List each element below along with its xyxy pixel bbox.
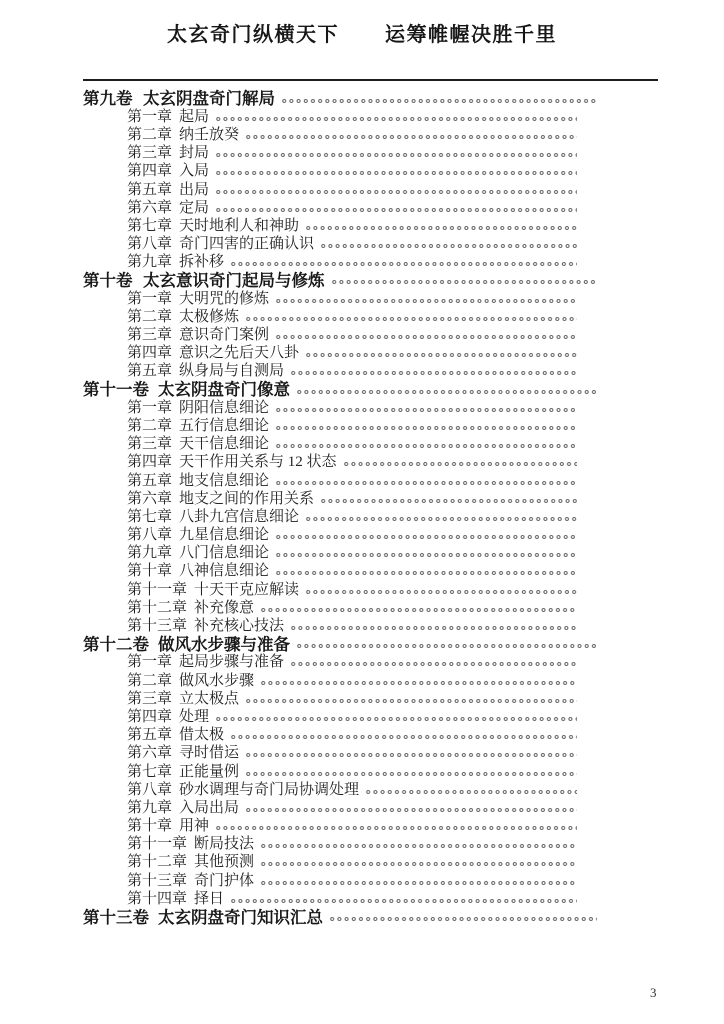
toc-dot-leader (275, 297, 577, 304)
toc-chapter-row: 第三章 立太极点 (83, 688, 600, 706)
toc-dot-leader (343, 461, 577, 468)
toc-dot-leader (320, 243, 577, 250)
toc-chapter-row: 第二章 纳壬放癸 (83, 124, 600, 142)
header-rule-divider (83, 79, 658, 81)
toc-dot-leader (331, 279, 598, 286)
toc-entry-label: 第十三卷 (83, 904, 149, 928)
toc-chapter-row: 第四章 天干作用关系与 12 状态 (83, 452, 600, 470)
toc-dot-leader (215, 170, 577, 177)
toc-chapter-row: 第四章 意识之先后天八卦 (83, 343, 600, 361)
toc-dot-leader (290, 625, 577, 632)
toc-volume-row: 第十一卷 太玄阴盘奇门像意 (83, 379, 600, 397)
toc-chapter-row: 第八章 奇门四害的正确认识 (83, 234, 600, 252)
toc-dot-leader (245, 133, 577, 140)
toc-dot-leader (215, 152, 577, 159)
toc-chapter-row: 第三章 天干信息细论 (83, 434, 600, 452)
toc-chapter-row: 第四章 处理 (83, 706, 600, 724)
toc-dot-leader (215, 825, 577, 832)
toc-chapter-row: 第一章 大明咒的修炼 (83, 288, 600, 306)
toc-dot-leader (329, 916, 597, 923)
toc-dot-leader (245, 752, 577, 759)
toc-chapter-row: 第十一章 十天干克应解读 (83, 579, 600, 597)
toc-dot-leader (260, 679, 577, 686)
header-title-left: 太玄奇门纵横天下 (167, 18, 339, 47)
toc-volume-row: 第九卷 太玄阴盘奇门解局 (83, 88, 600, 106)
document-page: 太玄奇门纵横天下 运筹帷幄决胜千里 第九卷 太玄阴盘奇门解局 第一章 起局 第二… (0, 0, 724, 1024)
toc-dot-leader (230, 897, 577, 904)
toc-dot-leader (260, 843, 577, 850)
toc-dot-leader (296, 388, 597, 395)
toc-dot-leader (281, 97, 597, 104)
toc-chapter-row: 第一章 起局 (83, 106, 600, 124)
toc-dot-leader (305, 588, 577, 595)
toc-volume-row: 第十卷 太玄意识奇门起局与修炼 (83, 270, 600, 288)
toc-dot-leader (245, 315, 577, 322)
toc-chapter-row: 第一章 起局步骤与准备 (83, 652, 600, 670)
toc-dot-leader (290, 370, 577, 377)
toc-chapter-row: 第十一章 断局技法 (83, 834, 600, 852)
toc-chapter-row: 第七章 八卦九宫信息细论 (83, 506, 600, 524)
toc-chapter-row: 第十二章 补充像意 (83, 597, 600, 615)
toc-dot-leader (245, 806, 577, 813)
toc-dot-leader (275, 570, 577, 577)
toc-chapter-row: 第六章 地支之间的作用关系 (83, 488, 600, 506)
toc-dot-leader (290, 661, 577, 668)
toc-chapter-row: 第六章 寻时借运 (83, 743, 600, 761)
toc-chapter-row: 第五章 出局 (83, 179, 600, 197)
toc-dot-leader (215, 188, 577, 195)
toc-chapter-row: 第二章 做风水步骤 (83, 670, 600, 688)
toc-dot-leader (275, 406, 577, 413)
toc-chapter-row: 第十章 八神信息细论 (83, 561, 600, 579)
toc-list: 第九卷 太玄阴盘奇门解局 第一章 起局 第二章 纳壬放癸 第三章 封局 第四章 … (83, 88, 600, 925)
toc-dot-leader (260, 606, 577, 613)
toc-dot-leader (275, 534, 577, 541)
toc-dot-leader (365, 788, 577, 795)
toc-dot-leader (320, 497, 577, 504)
toc-chapter-row: 第五章 地支信息细论 (83, 470, 600, 488)
toc-dot-leader (245, 697, 577, 704)
toc-chapter-row: 第十章 用神 (83, 816, 600, 834)
toc-chapter-row: 第七章 天时地利人和神助 (83, 215, 600, 233)
toc-dot-leader (260, 879, 577, 886)
toc-chapter-row: 第二章 五行信息细论 (83, 415, 600, 433)
toc-chapter-row: 第八章 砂水调理与奇门局协调处理 (83, 779, 600, 797)
toc-dot-leader (215, 715, 577, 722)
toc-chapter-row: 第一章 阴阳信息细论 (83, 397, 600, 415)
page-number: 3 (650, 985, 657, 1001)
toc-dot-leader (275, 424, 577, 431)
toc-chapter-row: 第四章 入局 (83, 161, 600, 179)
toc-dot-leader (230, 261, 577, 268)
toc-dot-leader (305, 515, 577, 522)
toc-volume-row: 第十二卷 做风水步骤与准备 (83, 634, 600, 652)
toc-volume-row: 第十三卷 太玄阴盘奇门知识汇总 (83, 906, 600, 924)
toc-chapter-row: 第七章 正能量例 (83, 761, 600, 779)
toc-chapter-row: 第十二章 其他预测 (83, 852, 600, 870)
toc-entry-title: 太玄阴盘奇门知识汇总 (158, 904, 323, 928)
header-title-right: 运筹帷幄决胜千里 (385, 18, 557, 47)
toc-chapter-row: 第六章 定局 (83, 197, 600, 215)
toc-chapter-row: 第八章 九星信息细论 (83, 525, 600, 543)
toc-dot-leader (305, 352, 577, 359)
toc-dot-leader (215, 115, 577, 122)
toc-dot-leader (275, 552, 577, 559)
toc-chapter-row: 第九章 入局出局 (83, 797, 600, 815)
toc-chapter-row: 第三章 封局 (83, 143, 600, 161)
toc-chapter-row: 第五章 借太极 (83, 725, 600, 743)
toc-dot-leader (275, 479, 577, 486)
toc-dot-leader (275, 443, 577, 450)
toc-chapter-row: 第二章 太极修炼 (83, 306, 600, 324)
running-header: 太玄奇门纵横天下 运筹帷幄决胜千里 (0, 18, 724, 47)
toc-dot-leader (305, 224, 577, 231)
toc-chapter-row: 第三章 意识奇门案例 (83, 324, 600, 342)
toc-chapter-row: 第十三章 奇门护体 (83, 870, 600, 888)
toc-dot-leader (296, 643, 597, 650)
toc-dot-leader (215, 206, 577, 213)
toc-chapter-row: 第九章 八门信息细论 (83, 543, 600, 561)
toc-dot-leader (275, 334, 577, 341)
toc-dot-leader (260, 861, 577, 868)
toc-dot-leader (245, 770, 577, 777)
toc-dot-leader (230, 734, 577, 741)
